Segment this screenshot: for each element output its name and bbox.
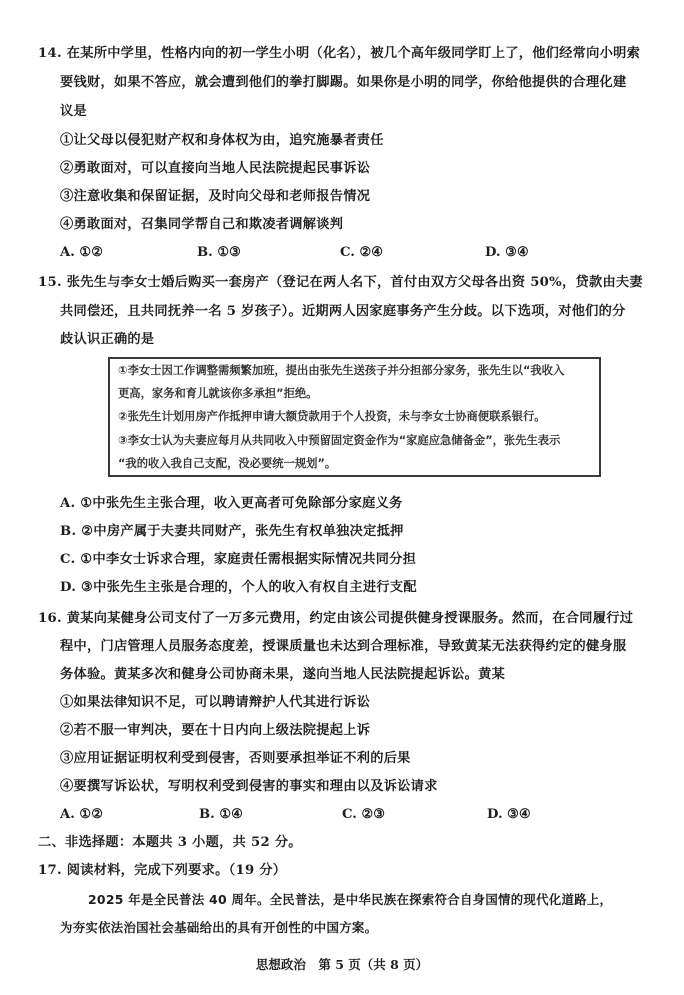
q16-option-d: D. ③④ [487, 805, 531, 825]
q15-option-c: C. ①中李女士诉求合理，家庭责任需根据实际情况共同分担 [60, 550, 416, 570]
q14-option-c: C. ②④ [340, 243, 383, 263]
q15-box-line-2: 更高，家务和育儿就该你多承担”拒绝。 [118, 386, 317, 402]
page-footer: 思想政治 第 5 页（共 8 页） [0, 955, 684, 973]
q16-option-a: A. ①② [60, 805, 103, 825]
q14-stem-line-3: 议是 [60, 102, 87, 122]
q16-item-1: ①如果法律知识不足，可以聘请辩护人代其进行诉讼 [60, 693, 370, 713]
q14-item-3: ③注意收集和保留证据，及时向父母和老师报告情况 [60, 187, 370, 207]
q15-box-line-5: “我的收入我自己支配，没必要统一规划”。 [118, 456, 336, 472]
q16-stem-line-3: 务体验。黄某多次和健身公司协商未果，遂向当地人民法院提起诉讼。黄某 [60, 665, 505, 685]
q16-option-b: B. ①④ [199, 805, 243, 825]
q16-stem-line-2: 程中，门店管理人员服务态度差，授课质量也未达到合理标准，导致黄某无法获得约定的健… [60, 637, 626, 657]
q14-options: A. ①② B. ①③ C. ②④ D. ③④ [60, 243, 580, 263]
q16-options: A. ①② B. ①④ C. ②③ D. ③④ [60, 805, 580, 825]
q15-box-line-4: ③李女士认为夫妻应每月从共同收入中预留固定资金作为“家庭应急储备金”，张先生表示 [118, 433, 560, 449]
q15-material-box: ①李女士因工作调整需频繁加班，提出由张先生送孩子并分担部分家务，张先生以“我收入… [108, 357, 601, 477]
q15-stem-line-1: 15. 张先生与李女士婚后购买一套房产（登记在两人名下，首付由双方父母各出资 5… [38, 273, 643, 293]
q14-item-1: ①让父母以侵犯财产权和身体权为由，追究施暴者责任 [60, 131, 384, 151]
q17-stem: 17. 阅读材料，完成下列要求。（19 分） [38, 861, 286, 881]
q15-option-b: B. ②中房产属于夫妻共同财产，张先生有权单独决定抵押 [60, 522, 404, 542]
q17-material-line-1: 2025 年是全民普法 40 周年。全民普法，是中华民族在探索符合自身国情的现代… [88, 890, 612, 910]
q17-material-line-2: 为夯实依法治国社会基础给出的具有开创性的中国方案。 [60, 918, 377, 938]
q14-item-2: ②勇敢面对，可以直接向当地人民法院提起民事诉讼 [60, 159, 370, 179]
q16-item-2: ②若不服一审判决，要在十日内向上级法院提起上诉 [60, 721, 370, 741]
q15-box-line-3: ②张先生计划用房产作抵押申请大额贷款用于个人投资，未与李女士协商便联系银行。 [118, 409, 546, 425]
q14-option-d: D. ③④ [485, 243, 529, 263]
q16-item-3: ③应用证据证明权利受到侵害，否则要承担举证不利的后果 [60, 749, 411, 769]
q16-stem-line-1: 16. 黄某向某健身公司支付了一万多元费用，约定由该公司提供健身授课服务。然而，… [38, 609, 633, 629]
q14-stem-line-2: 要钱财，如果不答应，就会遭到他们的拳打脚踢。如果你是小明的同学，你给他提供的合理… [60, 73, 626, 93]
q15-box-line-1: ①李女士因工作调整需频繁加班，提出由张先生送孩子并分担部分家务，张先生以“我收入 [118, 363, 564, 379]
q14-item-4: ④勇敢面对，召集同学帮自己和欺凌者调解谈判 [60, 215, 343, 235]
q16-option-c: C. ②③ [342, 805, 385, 825]
q15-option-d: D. ③中张先生主张是合理的，个人的收入有权自主进行支配 [60, 578, 417, 598]
q14-stem-line-1: 14. 在某所中学里，性格内向的初一学生小明（化名），被几个高年级同学盯上了，他… [38, 44, 640, 64]
q14-option-a: A. ①② [60, 243, 103, 263]
q14-option-b: B. ①③ [197, 243, 241, 263]
q15-stem-line-3: 歧认识正确的是 [60, 330, 154, 350]
section-2-heading: 二、非选择题：本题共 3 小题，共 52 分。 [38, 833, 302, 853]
q15-stem-line-2: 共同偿还，且共同抚养一名 5 岁孩子）。近期两人因家庭事务产生分歧。以下选项，对… [60, 302, 626, 322]
q16-item-4: ④要撰写诉讼状，写明权利受到侵害的事实和理由以及诉讼请求 [60, 777, 438, 797]
q15-option-a: A. ①中张先生主张合理，收入更高者可免除部分家庭义务 [60, 494, 403, 514]
